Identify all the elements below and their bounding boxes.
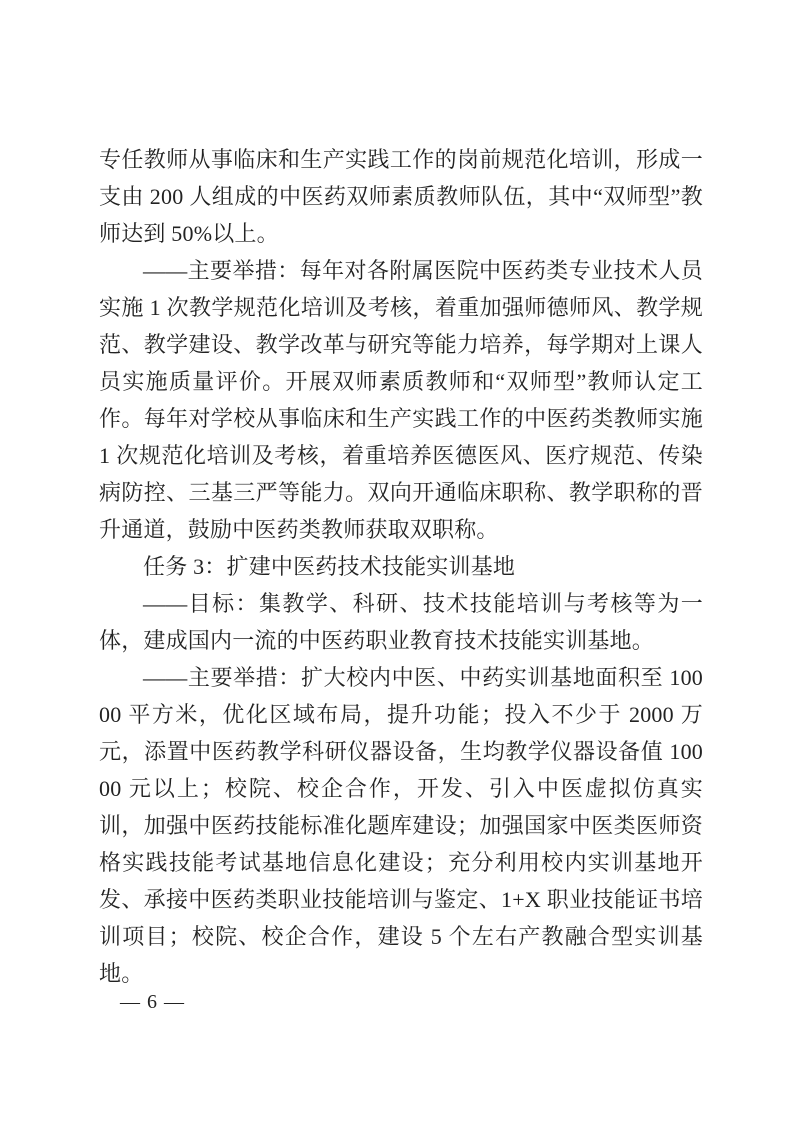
page-number: — 6 — xyxy=(120,990,185,1014)
paragraph-goal-task3: ——目标：集教学、科研、技术技能培训与考核等为一体，建成国内一流的中医药职业教育… xyxy=(99,585,703,659)
paragraph-measures-task2: ——主要举措：每年对各附属医院中医药类专业技术人员实施 1 次教学规范化培训及考… xyxy=(99,252,703,548)
paragraph-continuation: 专任教师从事临床和生产实践工作的岗前规范化培训，形成一支由 200 人组成的中医… xyxy=(99,141,703,252)
document-body: 专任教师从事临床和生产实践工作的岗前规范化培训，形成一支由 200 人组成的中医… xyxy=(99,141,703,992)
document-page: 专任教师从事临床和生产实践工作的岗前规范化培训，形成一支由 200 人组成的中医… xyxy=(0,0,794,1123)
paragraph-measures-task3: ——主要举措：扩大校内中医、中药实训基地面积至 10000 平方米，优化区域布局… xyxy=(99,659,703,992)
task-3-heading: 任务 3：扩建中医药技术技能实训基地 xyxy=(99,548,703,585)
